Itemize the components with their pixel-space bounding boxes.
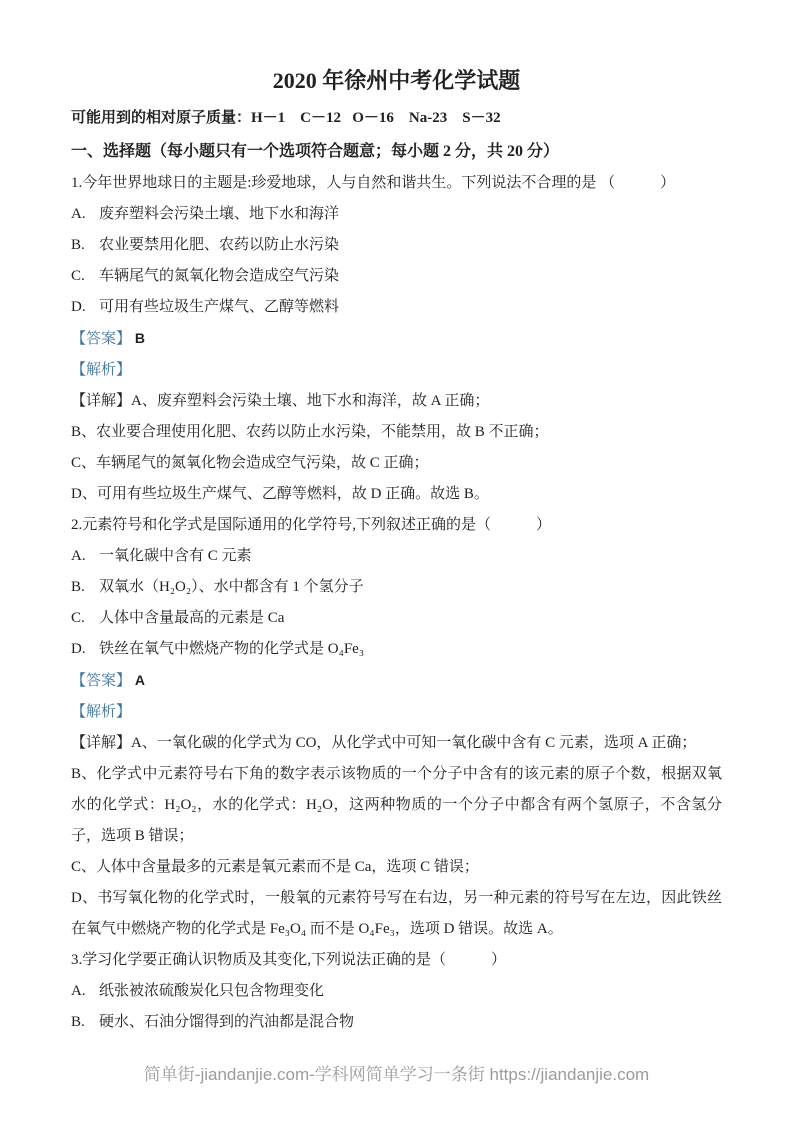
detail-line: C、车辆尾气的氮氧化物会造成空气污染，故 C 正确；	[71, 448, 722, 479]
detail-line: B、农业要合理使用化肥、农药以防止水污染，不能禁用，故 B 不正确；	[71, 417, 722, 448]
questions-container: 1.今年世界地球日的主题是:珍爱地球，人与自然和谐共生。下列说法不合理的是 （ …	[71, 168, 722, 1038]
option-row: D.可用有些垃圾生产煤气、乙醇等燃料	[71, 292, 722, 323]
option-row: D.铁丝在氧气中燃烧产物的化学式是 O₄Fe₃	[71, 634, 722, 665]
detail-line: C、人体中含量最多的元素是氧元素而不是 Ca，选项 C 错误；	[71, 852, 722, 883]
section-heading: 一、选择题（每小题只有一个选项符合题意；每小题 2 分，共 20 分）	[71, 135, 722, 168]
question-stem: 1.今年世界地球日的主题是:珍爱地球，人与自然和谐共生。下列说法不合理的是 （ …	[71, 168, 722, 199]
option-text: 农业要禁用化肥、农药以防止水污染	[99, 237, 339, 253]
analysis-line: 【解析】	[71, 697, 722, 728]
option-row: A.纸张被浓硫酸炭化只包含物理变化	[71, 976, 722, 1007]
question-block: 2.元素符号和化学式是国际通用的化学符号,下列叙述正确的是（ ）A.一氧化碳中含…	[71, 510, 722, 945]
option-label: B.	[71, 572, 99, 603]
option-row: B.农业要禁用化肥、农药以防止水污染	[71, 230, 722, 261]
option-label: B.	[71, 1007, 99, 1038]
page-title: 2020 年徐州中考化学试题	[71, 64, 722, 98]
answer-line: 【答案】 B	[71, 323, 722, 355]
option-row: A.废弃塑料会污染土壤、地下水和海洋	[71, 199, 722, 230]
analysis-label: 【解析】	[71, 704, 131, 720]
option-text: 铁丝在氧气中燃烧产物的化学式是 O₄Fe₃	[99, 641, 364, 657]
option-label: B.	[71, 230, 99, 261]
answer-label: 【答案】	[71, 673, 131, 689]
option-text: 纸张被浓硫酸炭化只包含物理变化	[99, 983, 324, 999]
option-label: A.	[71, 199, 99, 230]
answer-label: 【答案】	[71, 331, 131, 347]
option-text: 硬水、石油分馏得到的汽油都是混合物	[99, 1014, 354, 1030]
question-block: 1.今年世界地球日的主题是:珍爱地球，人与自然和谐共生。下列说法不合理的是 （ …	[71, 168, 722, 510]
option-label: A.	[71, 541, 99, 572]
option-row: A.一氧化碳中含有 C 元素	[71, 541, 722, 572]
option-label: A.	[71, 976, 99, 1007]
option-row: B.硬水、石油分馏得到的汽油都是混合物	[71, 1007, 722, 1038]
option-text: 可用有些垃圾生产煤气、乙醇等燃料	[99, 299, 339, 315]
option-text: 废弃塑料会污染土壤、地下水和海洋	[99, 206, 339, 222]
answer-line: 【答案】 A	[71, 665, 722, 697]
analysis-label: 【解析】	[71, 362, 131, 378]
footer-watermark: 简单街-jiandanjie.com-学科网简单学习一条街 https://ji…	[0, 1063, 793, 1087]
option-text: 人体中含量最高的元素是 Ca	[99, 610, 284, 626]
analysis-line: 【解析】	[71, 355, 722, 386]
option-label: C.	[71, 261, 99, 292]
option-text: 双氧水（H₂O₂）、水中都含有 1 个氢分子	[99, 579, 364, 595]
detail-line: 【详解】A、一氧化碳的化学式为 CO，从化学式中可知一氧化碳中含有 C 元素，选…	[71, 728, 722, 759]
option-label: C.	[71, 603, 99, 634]
option-text: 一氧化碳中含有 C 元素	[99, 548, 252, 564]
option-row: C.人体中含量最高的元素是 Ca	[71, 603, 722, 634]
option-label: D.	[71, 634, 99, 665]
detail-line: 【详解】A、废弃塑料会污染土壤、地下水和海洋，故 A 正确；	[71, 386, 722, 417]
option-row: B.双氧水（H₂O₂）、水中都含有 1 个氢分子	[71, 572, 722, 603]
detail-line: B、化学式中元素符号右下角的数字表示该物质的一个分子中含有的该元素的原子个数，根…	[71, 759, 722, 852]
exam-document-page: 2020 年徐州中考化学试题 可能用到的相对原子质量：H－1 C－12 O－16…	[0, 0, 793, 1122]
option-text: 车辆尾气的氮氧化物会造成空气污染	[99, 268, 339, 284]
atomic-mass-note: 可能用到的相对原子质量：H－1 C－12 O－16 Na-23 S－32	[71, 102, 722, 135]
question-stem: 3.学习化学要正确认识物质及其变化,下列说法正确的是（ ）	[71, 945, 722, 976]
answer-value: A	[131, 672, 145, 688]
answer-value: B	[131, 330, 145, 346]
option-row: C.车辆尾气的氮氧化物会造成空气污染	[71, 261, 722, 292]
question-stem: 2.元素符号和化学式是国际通用的化学符号,下列叙述正确的是（ ）	[71, 510, 722, 541]
detail-line: D、可用有些垃圾生产煤气、乙醇等燃料，故 D 正确。故选 B。	[71, 479, 722, 510]
option-label: D.	[71, 292, 99, 323]
question-block: 3.学习化学要正确认识物质及其变化,下列说法正确的是（ ）A.纸张被浓硫酸炭化只…	[71, 945, 722, 1038]
detail-line: D、书写氧化物的化学式时，一般氧的元素符号写在右边，另一种元素的符号写在左边，因…	[71, 883, 722, 945]
